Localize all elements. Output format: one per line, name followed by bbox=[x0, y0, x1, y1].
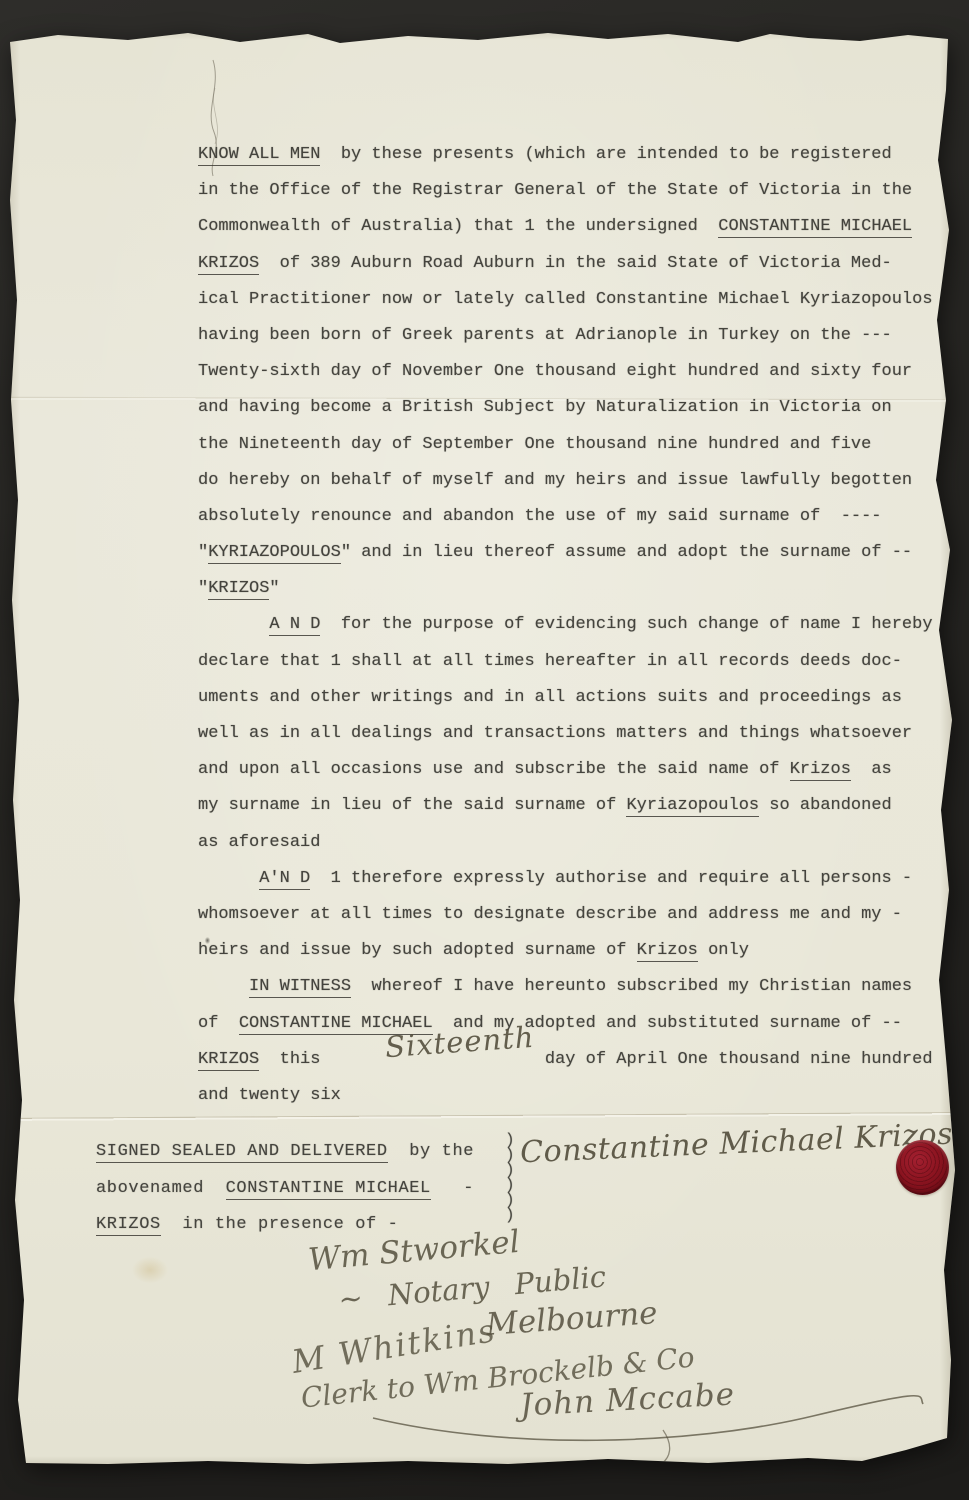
typed-text: KNOW ALL MEN by these presents (which ar… bbox=[198, 137, 943, 1114]
underlined-text: KYRIAZOPOULOS bbox=[208, 543, 341, 564]
typed-text-segment: the Nineteenth day of September One thou… bbox=[198, 435, 871, 454]
typed-text-segment: this day of April One thousand nine hund… bbox=[259, 1050, 932, 1069]
typed-text-segment: ical Practitioner now or lately called C… bbox=[198, 290, 933, 309]
signature-notary-city: Melbourne bbox=[485, 1295, 659, 1343]
ink-smudge bbox=[204, 936, 211, 945]
underlined-text: A'N D bbox=[259, 869, 310, 890]
typed-text-segment: absolutely renounce and abandon the use … bbox=[198, 507, 882, 526]
underlined-text: CONSTANTINE MICHAEL bbox=[718, 217, 912, 238]
typed-line: whomsoever at all times to designate des… bbox=[198, 897, 943, 933]
typed-text-segment: by these presents (which are intended to… bbox=[320, 145, 891, 164]
typed-text-segment: - bbox=[431, 1179, 474, 1198]
typed-line: do hereby on behalf of myself and my hei… bbox=[198, 463, 943, 499]
typed-text-segment: Twenty-sixth day of November One thousan… bbox=[198, 362, 912, 381]
typed-line: IN WITNESS whereof I have hereunto subsc… bbox=[198, 969, 943, 1005]
typed-text-segment: Commonwealth of Australia) that 1 the un… bbox=[198, 217, 718, 236]
bracket-column: ) ) ) ) ) ) bbox=[505, 1133, 515, 1223]
typed-line: SIGNED SEALED AND DELIVERED by the bbox=[96, 1134, 526, 1171]
typed-text-segment: as bbox=[851, 760, 892, 779]
typed-line: "KYRIAZOPOULOS" and in lieu thereof assu… bbox=[198, 535, 943, 571]
typed-line: and having become a British Subject by N… bbox=[198, 390, 943, 426]
typed-line: uments and other writings and in all act… bbox=[198, 680, 943, 716]
typed-text-segment: declare that 1 shall at all times hereaf… bbox=[198, 652, 902, 671]
typed-line: KRIZOS of 389 Auburn Road Auburn in the … bbox=[198, 246, 943, 282]
underlined-text: CONSTANTINE MICHAEL bbox=[226, 1179, 431, 1200]
typed-line: my surname in lieu of the said surname o… bbox=[198, 788, 943, 824]
typed-text-segment: only bbox=[698, 941, 749, 960]
typed-text-segment bbox=[198, 977, 249, 996]
underlined-text: A N D bbox=[269, 615, 320, 636]
typed-text-segment: and twenty six bbox=[198, 1086, 341, 1105]
typed-line: A'N D 1 therefore expressly authorise an… bbox=[198, 861, 943, 897]
page-shadow-wrap: KNOW ALL MEN by these presents (which ar… bbox=[0, 0, 969, 1500]
stain-spot bbox=[126, 1252, 174, 1288]
typed-line: declare that 1 shall at all times hereaf… bbox=[198, 644, 943, 680]
typed-text-segment: " bbox=[269, 579, 279, 598]
attestation-block: SIGNED SEALED AND DELIVERED by theaboven… bbox=[96, 1134, 526, 1244]
principal-signature: Constantine Michael Krizos bbox=[519, 1117, 953, 1171]
typed-text-segment: do hereby on behalf of myself and my hei… bbox=[198, 471, 912, 490]
typed-line: A N D for the purpose of evidencing such… bbox=[198, 607, 943, 643]
typed-line: Commonwealth of Australia) that 1 the un… bbox=[198, 209, 943, 245]
paper-page: KNOW ALL MEN by these presents (which ar… bbox=[8, 30, 956, 1468]
typed-line: abovenamed CONSTANTINE MICHAEL - bbox=[96, 1171, 526, 1208]
typed-text-segment: abovenamed bbox=[96, 1179, 226, 1198]
underlined-text: KRIZOS bbox=[198, 1050, 259, 1071]
underlined-text: Kyriazopoulos bbox=[626, 796, 759, 817]
typed-line: ical Practitioner now or lately called C… bbox=[198, 282, 943, 318]
underlined-text: SIGNED SEALED AND DELIVERED bbox=[96, 1142, 388, 1163]
typed-text-segment: and having become a British Subject by N… bbox=[198, 398, 892, 417]
wax-seal bbox=[896, 1140, 949, 1195]
typed-text-segment bbox=[198, 615, 269, 634]
typed-text-segment: in the Office of the Registrar General o… bbox=[198, 181, 912, 200]
typed-text-segment: in the presence of - bbox=[161, 1215, 399, 1234]
typed-line: Twenty-sixth day of November One thousan… bbox=[198, 354, 943, 390]
typed-line: in the Office of the Registrar General o… bbox=[198, 173, 943, 209]
typed-text-segment: for the purpose of evidencing such chang… bbox=[320, 615, 932, 634]
typed-line: the Nineteenth day of September One thou… bbox=[198, 427, 943, 463]
typed-text-segment: of 389 Auburn Road Auburn in the said St… bbox=[259, 254, 892, 273]
typed-text-segment: my surname in lieu of the said surname o… bbox=[198, 796, 626, 815]
typed-text-segment: " bbox=[198, 543, 208, 562]
typed-text-segment: and upon all occasions use and subscribe… bbox=[198, 760, 790, 779]
typed-text-segment: having been born of Greek parents at Adr… bbox=[198, 326, 892, 345]
underlined-text: Krizos bbox=[637, 941, 698, 962]
typed-text-segment: heirs and issue by such adopted surname … bbox=[198, 941, 637, 960]
underlined-text: KRIZOS bbox=[208, 579, 269, 600]
typed-line: well as in all dealings and transactions… bbox=[198, 716, 943, 752]
typed-text-segment: whomsoever at all times to designate des… bbox=[198, 905, 902, 924]
bracket-mark: ) bbox=[505, 1208, 515, 1223]
typed-line: "KRIZOS" bbox=[198, 571, 943, 607]
typed-text-segment: " bbox=[198, 579, 208, 598]
typed-text-segment: uments and other writings and in all act… bbox=[198, 688, 902, 707]
underlined-text: KRIZOS bbox=[96, 1215, 161, 1236]
typed-text-segment: " and in lieu thereof assume and adopt t… bbox=[341, 543, 912, 562]
scan-stage: KNOW ALL MEN by these presents (which ar… bbox=[0, 0, 969, 1500]
typed-text-segment: so abandoned bbox=[759, 796, 892, 815]
typed-line: KRIZOS this day of April One thousand ni… bbox=[198, 1042, 943, 1078]
underlined-text: KNOW ALL MEN bbox=[198, 145, 320, 166]
typed-line: KNOW ALL MEN by these presents (which ar… bbox=[198, 137, 943, 173]
typed-line: and twenty six bbox=[198, 1078, 943, 1114]
typed-text-segment: by the bbox=[388, 1142, 474, 1161]
typed-text-segment: well as in all dealings and transactions… bbox=[198, 724, 912, 743]
typed-line: of CONSTANTINE MICHAEL and my adopted an… bbox=[198, 1006, 943, 1042]
typed-line: absolutely renounce and abandon the use … bbox=[198, 499, 943, 535]
typed-text-segment bbox=[198, 869, 259, 888]
typed-line: and upon all occasions use and subscribe… bbox=[198, 752, 943, 788]
typed-text-segment: as aforesaid bbox=[198, 833, 320, 852]
underlined-text: IN WITNESS bbox=[249, 977, 351, 998]
underlined-text: KRIZOS bbox=[198, 254, 259, 275]
typed-text-segment: 1 therefore expressly authorise and requ… bbox=[310, 869, 912, 888]
underlined-text: Krizos bbox=[790, 760, 851, 781]
typed-line: heirs and issue by such adopted surname … bbox=[198, 933, 943, 969]
typed-text-segment: whereof I have hereunto subscribed my Ch… bbox=[351, 977, 912, 996]
typed-text-segment: of bbox=[198, 1014, 239, 1033]
typed-line: having been born of Greek parents at Adr… bbox=[198, 318, 943, 354]
typed-line: as aforesaid bbox=[198, 825, 943, 861]
